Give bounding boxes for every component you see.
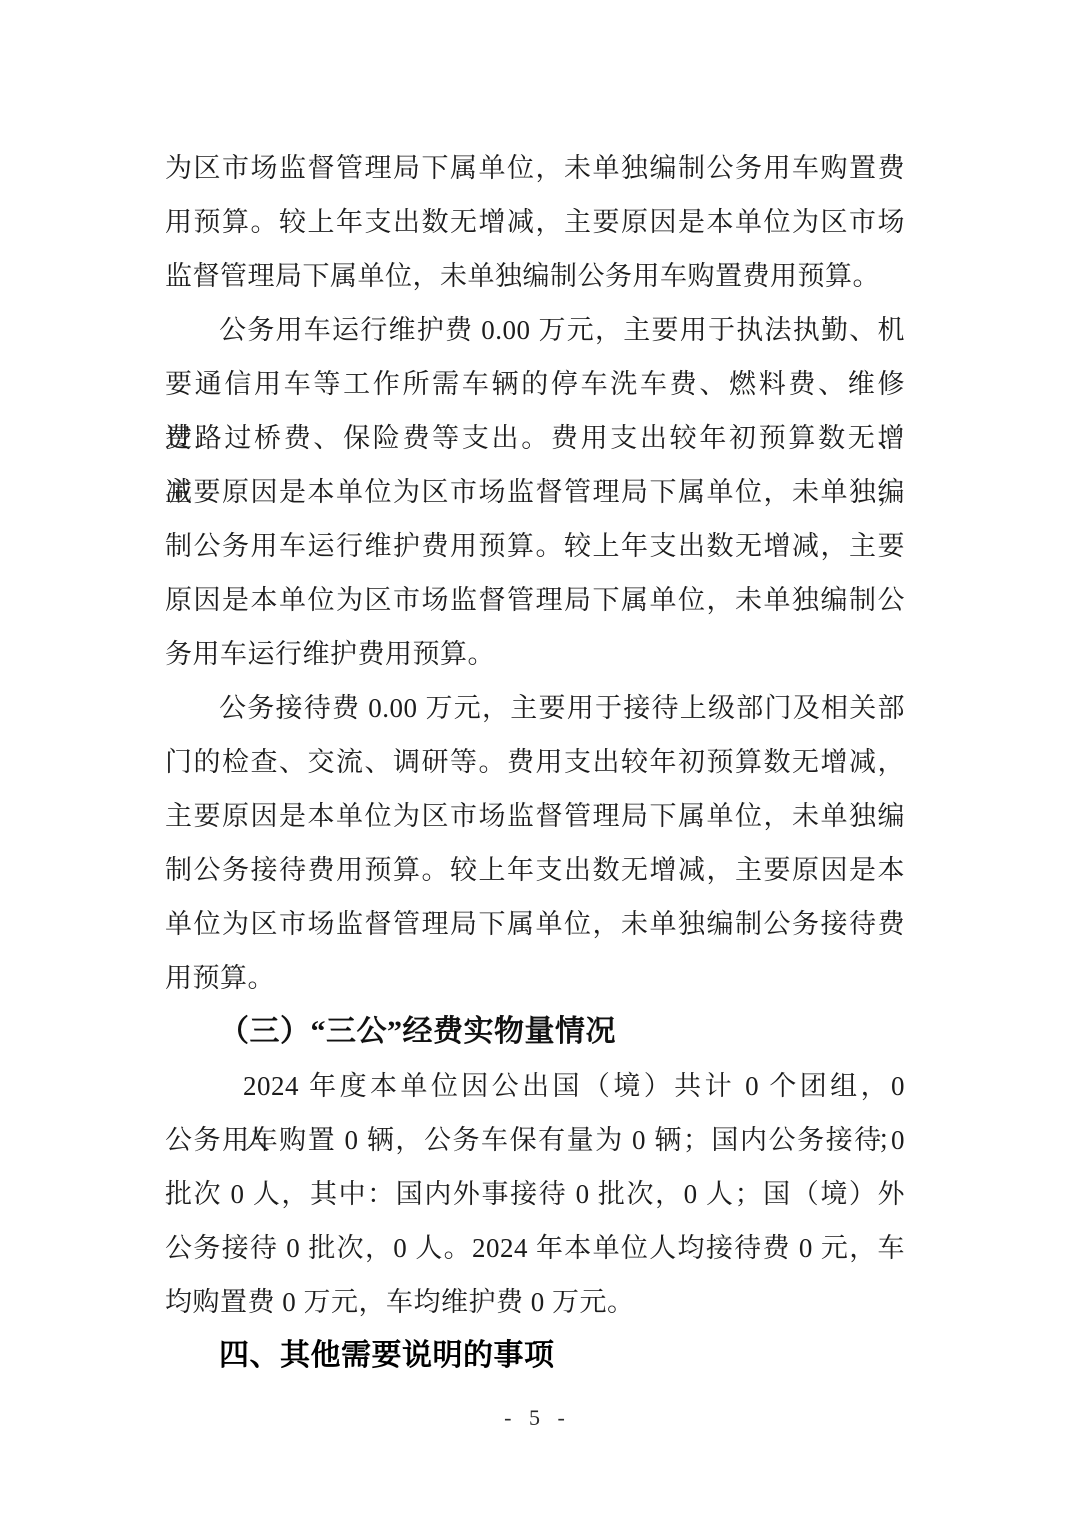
body-text-line: 务用车运行维护费用预算。 xyxy=(165,627,905,681)
body-text-line: 要通信用车等工作所需车辆的停车洗车费、燃料费、维修费、 xyxy=(165,357,905,411)
body-text-line: 公务接待费 0.00 万元，主要用于接待上级部门及相关部 xyxy=(165,681,905,735)
body-text-line: 主要原因是本单位为区市场监督管理局下属单位，未单独编 xyxy=(165,465,905,519)
body-text-line: 过路过桥费、保险费等支出。费用支出较年初预算数无增减， xyxy=(165,411,905,465)
body-text-line: 原因是本单位为区市场监督管理局下属单位，未单独编制公 xyxy=(165,573,905,627)
body-text-line: 门的检查、交流、调研等。费用支出较年初预算数无增减， xyxy=(165,735,905,789)
body-text-line: 制公务用车运行维护费用预算。较上年支出数无增减，主要 xyxy=(165,519,905,573)
body-text-line: 公务接待 0 批次，0 人。2024 年本单位人均接待费 0 元，车 xyxy=(165,1221,905,1275)
body-text-line: 为区市场监督管理局下属单位，未单独编制公务用车购置费 xyxy=(165,141,905,195)
document-page: 为区市场监督管理局下属单位，未单独编制公务用车购置费 用预算。较上年支出数无增减… xyxy=(0,0,1075,1520)
body-text-line: 公务用车购置 0 辆，公务车保有量为 0 辆；国内公务接待 0 xyxy=(165,1113,905,1167)
body-text-line: 用预算。较上年支出数无增减，主要原因是本单位为区市场 xyxy=(165,195,905,249)
body-text-line: 监督管理局下属单位，未单独编制公务用车购置费用预算。 xyxy=(165,249,905,303)
body-text-line: 公务用车运行维护费 0.00 万元，主要用于执法执勤、机 xyxy=(165,303,905,357)
body-text-line: 均购置费 0 万元，车均维护费 0 万元。 xyxy=(165,1275,905,1329)
subsection-heading: （三）“三公”经费实物量情况 xyxy=(165,1005,905,1059)
body-text-line: 单位为区市场监督管理局下属单位，未单独编制公务接待费 xyxy=(165,897,905,951)
body-text-line: 批次 0 人，其中：国内外事接待 0 批次，0 人；国（境）外 xyxy=(165,1167,905,1221)
document-body: 为区市场监督管理局下属单位，未单独编制公务用车购置费 用预算。较上年支出数无增减… xyxy=(165,141,905,1383)
page-number: - 5 - xyxy=(0,1400,1075,1436)
body-text-line: 制公务接待费用预算。较上年支出数无增减，主要原因是本 xyxy=(165,843,905,897)
section-heading: 四、其他需要说明的事项 xyxy=(165,1329,905,1383)
body-text-line: 用预算。 xyxy=(165,951,905,1005)
body-text-line: 2024 年度本单位因公出国（境）共计 0 个团组，0 人； xyxy=(165,1059,905,1113)
body-text-line: 主要原因是本单位为区市场监督管理局下属单位，未单独编 xyxy=(165,789,905,843)
